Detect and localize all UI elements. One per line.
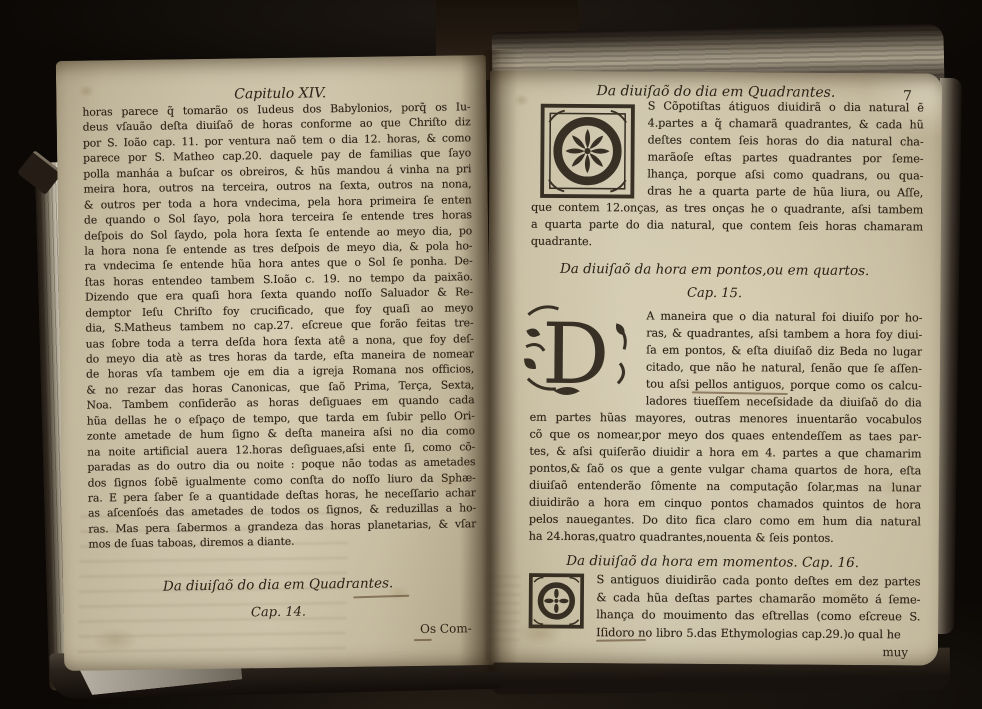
text-line: S antiguos diuidirão cada ponto deſtes e… — [596, 571, 920, 591]
text-line: citado, que não he natural, ſenão que ſe… — [646, 359, 922, 378]
catchword-left: Os Com- — [420, 621, 472, 636]
text-line: marãoſe eſtas partes quadrantes por ſeme… — [647, 149, 923, 168]
chapter14-heading: Da diuiſaõ do dia em Quadrantes. — [63, 574, 493, 596]
woodcut-initial-o — [539, 103, 636, 200]
chapter16-lines: S antiguos diuidirão cada ponto deſtes e… — [596, 571, 920, 643]
woodcut-initial-d: D — [520, 301, 635, 398]
right-page: Da diuiſaõ do dia em Quadrantes. 7 — [486, 70, 942, 665]
chapter16-paragraph: S antiguos diuidirão cada ponto deſtes e… — [528, 571, 921, 660]
text-line: ha 24.horas,quatro quadrantes,nouenta & … — [529, 528, 921, 548]
text-line: deſtes contem ſeis horas do dia natural … — [648, 132, 924, 151]
text-line: lhança do mouimento das eſtrellas (como … — [596, 606, 920, 626]
text-line: & cada hũa deſtas partes chamarão momẽto… — [596, 589, 920, 609]
text-line: A maneira que o dia natural foi diuiſo p… — [646, 308, 922, 327]
show-through-text — [490, 568, 521, 640]
book-photo: Capitulo XIV. horas parece q̃ tomarão os… — [0, 0, 982, 709]
woodcut-initial-o-small — [528, 573, 584, 629]
chapter15-heading: Da diuiſaõ da hora em pontos,ou em quart… — [489, 260, 941, 279]
chapter14-lines-full: que contem 12.onças, as tres onças he o … — [531, 199, 923, 253]
chapter14-label: Cap. 14. — [63, 602, 493, 623]
text-line: ſa em pontos, & eſta diuiſaõ diz Beda no… — [646, 342, 922, 361]
initial-letter-d: D — [542, 305, 610, 398]
chapter14-paragraph: S Cõpotiſtas átiguos diuidirã o dia natu… — [531, 97, 924, 253]
text-line: S Cõpotiſtas átiguos diuidirã o dia natu… — [648, 98, 924, 117]
text-line: tou aſsi pellos antiguos, porque como os… — [646, 376, 922, 395]
chapter15-paragraph: D A maneira que o dia natural foi diuiſo… — [529, 307, 923, 548]
left-page-body-text: horas parece q̃ tomarão os Iudeus dos Ba… — [82, 99, 476, 552]
chapter15-label: Cap. 15. — [488, 284, 940, 302]
text-line: ladores tiueſſem neceſsidade da diuiſaõ … — [646, 393, 922, 412]
text-line: lhança, porque aſsi como quadrans, ou qu… — [647, 166, 923, 185]
chapter15-lines-beside: A maneira que o dia natural foi diuiſo p… — [646, 308, 923, 412]
chapter14-lines-beside: S Cõpotiſtas átiguos diuidirã o dia natu… — [647, 98, 924, 202]
chapter16-heading: Da diuiſaõ da hora em momentos. Cap. 16. — [487, 552, 939, 571]
text-line: quadrante. — [531, 233, 923, 253]
chapter15-lines-full: em partes hũas mayores, outras menores i… — [529, 409, 922, 548]
text-line: 4.partes a q̃ chamarã quadrantes, & cada… — [648, 115, 924, 134]
ink-underline-mark — [414, 639, 432, 641]
ink-underline-mark — [353, 595, 409, 599]
left-page: Capitulo XIV. horas parece q̃ tomarão os… — [56, 55, 494, 671]
text-line: dras he a quarta parte de hũa liura, ou … — [647, 183, 923, 202]
catchword-right: muy — [528, 643, 920, 660]
text-line: ras, & quadrantes, aſsi tambem a hora fo… — [646, 325, 922, 344]
